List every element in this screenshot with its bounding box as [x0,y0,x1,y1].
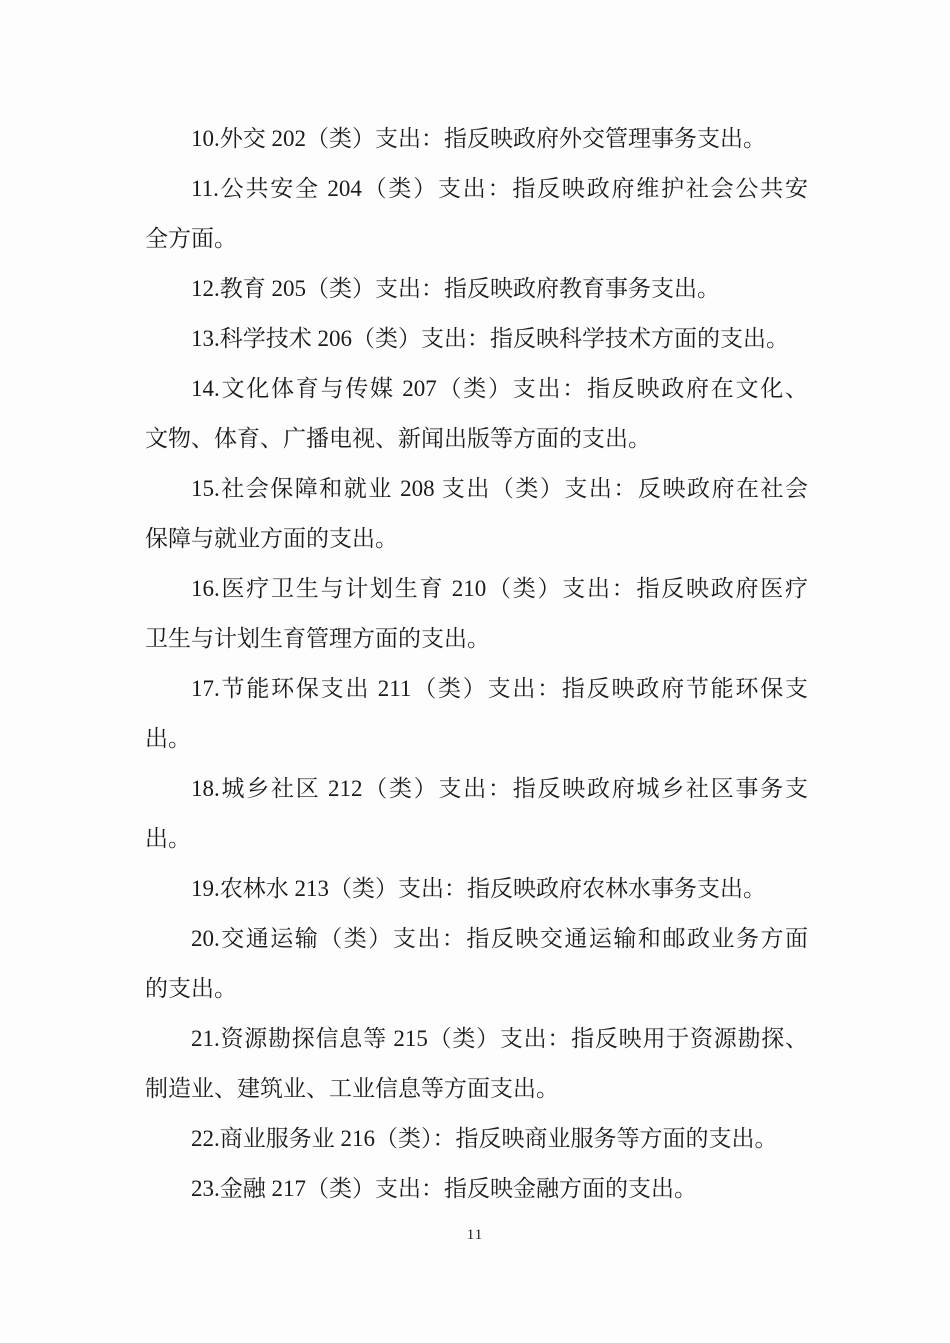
paragraph-line: 出。 [145,814,808,864]
paragraph-line: 23.金融 217（类）支出：指反映金融方面的支出。 [145,1164,808,1214]
paragraph-line: 18.城乡社区 212（类）支出：指反映政府城乡社区事务支 [145,764,808,814]
paragraph-line: 10.外交 202（类）支出：指反映政府外交管理事务支出。 [145,114,808,164]
document-body: 10.外交 202（类）支出：指反映政府外交管理事务支出。 11.公共安全 20… [145,114,808,1214]
paragraph-item-12: 12.教育 205（类）支出：指反映政府教育事务支出。 [145,264,808,314]
paragraph-line: 文物、体育、广播电视、新闻出版等方面的支出。 [145,414,808,464]
paragraph-line: 11.公共安全 204（类）支出：指反映政府维护社会公共安 [145,164,808,214]
paragraph-item-22: 22.商业服务业 216（类）：指反映商业服务等方面的支出。 [145,1114,808,1164]
paragraph-line: 出。 [145,714,808,764]
paragraph-line: 13.科学技术 206（类）支出：指反映科学技术方面的支出。 [145,314,808,364]
paragraph-item-17: 17.节能环保支出 211（类）支出：指反映政府节能环保支 出。 [145,664,808,764]
paragraph-line: 保障与就业方面的支出。 [145,514,808,564]
paragraph-item-13: 13.科学技术 206（类）支出：指反映科学技术方面的支出。 [145,314,808,364]
paragraph-item-20: 20.交通运输（类）支出：指反映交通运输和邮政业务方面 的支出。 [145,914,808,1014]
paragraph-item-15: 15.社会保障和就业 208 支出（类）支出：反映政府在社会 保障与就业方面的支… [145,464,808,564]
paragraph-line: 卫生与计划生育管理方面的支出。 [145,614,808,664]
paragraph-item-19: 19.农林水 213（类）支出：指反映政府农林水事务支出。 [145,864,808,914]
paragraph-item-11: 11.公共安全 204（类）支出：指反映政府维护社会公共安 全方面。 [145,164,808,264]
paragraph-item-14: 14.文化体育与传媒 207（类）支出：指反映政府在文化、 文物、体育、广播电视… [145,364,808,464]
paragraph-line: 17.节能环保支出 211（类）支出：指反映政府节能环保支 [145,664,808,714]
paragraph-line: 全方面。 [145,214,808,264]
paragraph-line: 19.农林水 213（类）支出：指反映政府农林水事务支出。 [145,864,808,914]
paragraph-line: 14.文化体育与传媒 207（类）支出：指反映政府在文化、 [145,364,808,414]
paragraph-line: 制造业、建筑业、工业信息等方面支出。 [145,1064,808,1114]
paragraph-line: 22.商业服务业 216（类）：指反映商业服务等方面的支出。 [145,1114,808,1164]
paragraph-line: 16.医疗卫生与计划生育 210（类）支出：指反映政府医疗 [145,564,808,614]
paragraph-item-23: 23.金融 217（类）支出：指反映金融方面的支出。 [145,1164,808,1214]
paragraph-line: 15.社会保障和就业 208 支出（类）支出：反映政府在社会 [145,464,808,514]
page-number: 11 [0,1227,950,1244]
paragraph-item-10: 10.外交 202（类）支出：指反映政府外交管理事务支出。 [145,114,808,164]
paragraph-line: 20.交通运输（类）支出：指反映交通运输和邮政业务方面 [145,914,808,964]
paragraph-item-21: 21.资源勘探信息等 215（类）支出：指反映用于资源勘探、 制造业、建筑业、工… [145,1014,808,1114]
paragraph-line: 的支出。 [145,964,808,1014]
paragraph-item-18: 18.城乡社区 212（类）支出：指反映政府城乡社区事务支 出。 [145,764,808,864]
paragraph-line: 21.资源勘探信息等 215（类）支出：指反映用于资源勘探、 [145,1014,808,1064]
document-page: 10.外交 202（类）支出：指反映政府外交管理事务支出。 11.公共安全 20… [0,0,950,1343]
paragraph-item-16: 16.医疗卫生与计划生育 210（类）支出：指反映政府医疗 卫生与计划生育管理方… [145,564,808,664]
paragraph-line: 12.教育 205（类）支出：指反映政府教育事务支出。 [145,264,808,314]
